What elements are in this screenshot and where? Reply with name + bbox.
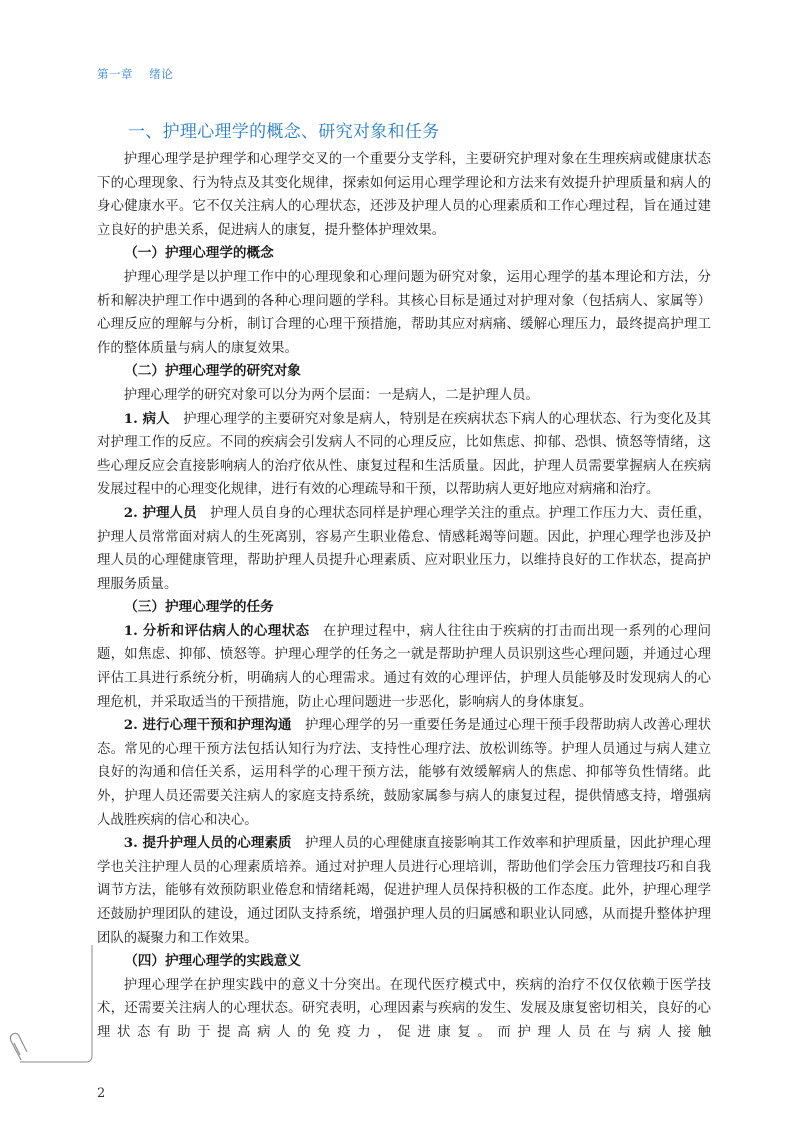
paragraph-lead: 3. 提升护理人员的心理素质 <box>124 835 292 851</box>
paragraph-lead: 1. 病人 <box>124 411 170 427</box>
subsection-heading-concept: （一）护理心理学的概念 <box>97 242 711 266</box>
paragraph: 1. 分析和评估病人的心理状态在护理过程中，病人往往由于疾病的打击而出现一系列的… <box>97 620 711 714</box>
paragraph: 1. 病人护理心理学的主要研究对象是病人，特别是在疾病状态下病人的心理状态、行为… <box>97 408 711 502</box>
paragraph-lead: 2. 进行心理干预和护理沟通 <box>124 717 292 733</box>
running-head: 第一章 绪论 <box>97 66 173 82</box>
page-number: 2 <box>97 1086 105 1101</box>
subsection-heading-tasks: （三）护理心理学的任务 <box>97 596 711 620</box>
paragraph: 3. 提升护理人员的心理素质护理人员的心理健康直接影响其工作效率和护理质量，因此… <box>97 832 711 950</box>
paragraph: 护理心理学在护理实践中的意义十分突出。在现代医疗模式中，疾病的治疗不仅仅依赖于医… <box>97 974 711 1045</box>
subsection-heading-practical-significance: （四）护理心理学的实践意义 <box>97 950 711 974</box>
paragraph-lead: 2. 护理人员 <box>124 505 197 521</box>
paragraph-text: 护理心理学是以护理工作中的心理现象和心理问题为研究对象，运用心理学的基本理论和方… <box>97 270 711 356</box>
section-title: 一、护理心理学的概念、研究对象和任务 <box>128 117 439 142</box>
chapter-number: 第一章 <box>97 67 133 81</box>
paragraph: 2. 进行心理干预和护理沟通护理心理学的另一重要任务是通过心理干预手段帮助病人改… <box>97 714 711 832</box>
paragraph-lead: 1. 分析和评估病人的心理状态 <box>124 623 310 639</box>
paragraph-text: 护理人员的心理健康直接影响其工作效率和护理质量，因此护理心理学也关注护理人员的心… <box>97 836 711 945</box>
paragraph: 2. 护理人员护理人员自身的心理状态同样是护理心理学关注的重点。护理工作压力大、… <box>97 502 711 596</box>
paragraph: 护理心理学是以护理工作中的心理现象和心理问题为研究对象，运用心理学的基本理论和方… <box>97 266 711 360</box>
intro-paragraph: 护理心理学是护理学和心理学交叉的一个重要分支学科，主要研究护理对象在生理疾病或健… <box>97 148 711 242</box>
margin-note-decoration <box>0 0 100 1146</box>
paragraph-text: 护理心理学的研究对象可以分为两个层面：一是病人，二是护理人员。 <box>124 388 539 403</box>
paragraph-text: 护理心理学的主要研究对象是病人，特别是在疾病状态下病人的心理状态、行为变化及其对… <box>97 412 711 498</box>
paragraph: 护理心理学的研究对象可以分为两个层面：一是病人，二是护理人员。 <box>97 384 711 408</box>
body-content: 护理心理学是护理学和心理学交叉的一个重要分支学科，主要研究护理对象在生理疾病或健… <box>97 148 711 1045</box>
chapter-title: 绪论 <box>149 67 173 81</box>
paragraph-text: 护理心理学的另一重要任务是通过心理干预手段帮助病人改善心理状态。常见的心理干预方… <box>97 718 711 827</box>
paperclip-icon <box>10 1033 27 1060</box>
paragraph-text: 护理心理学在护理实践中的意义十分突出。在现代医疗模式中，疾病的治疗不仅仅依赖于医… <box>97 978 711 1040</box>
subsection-heading-research-objects: （二）护理心理学的研究对象 <box>97 360 711 384</box>
